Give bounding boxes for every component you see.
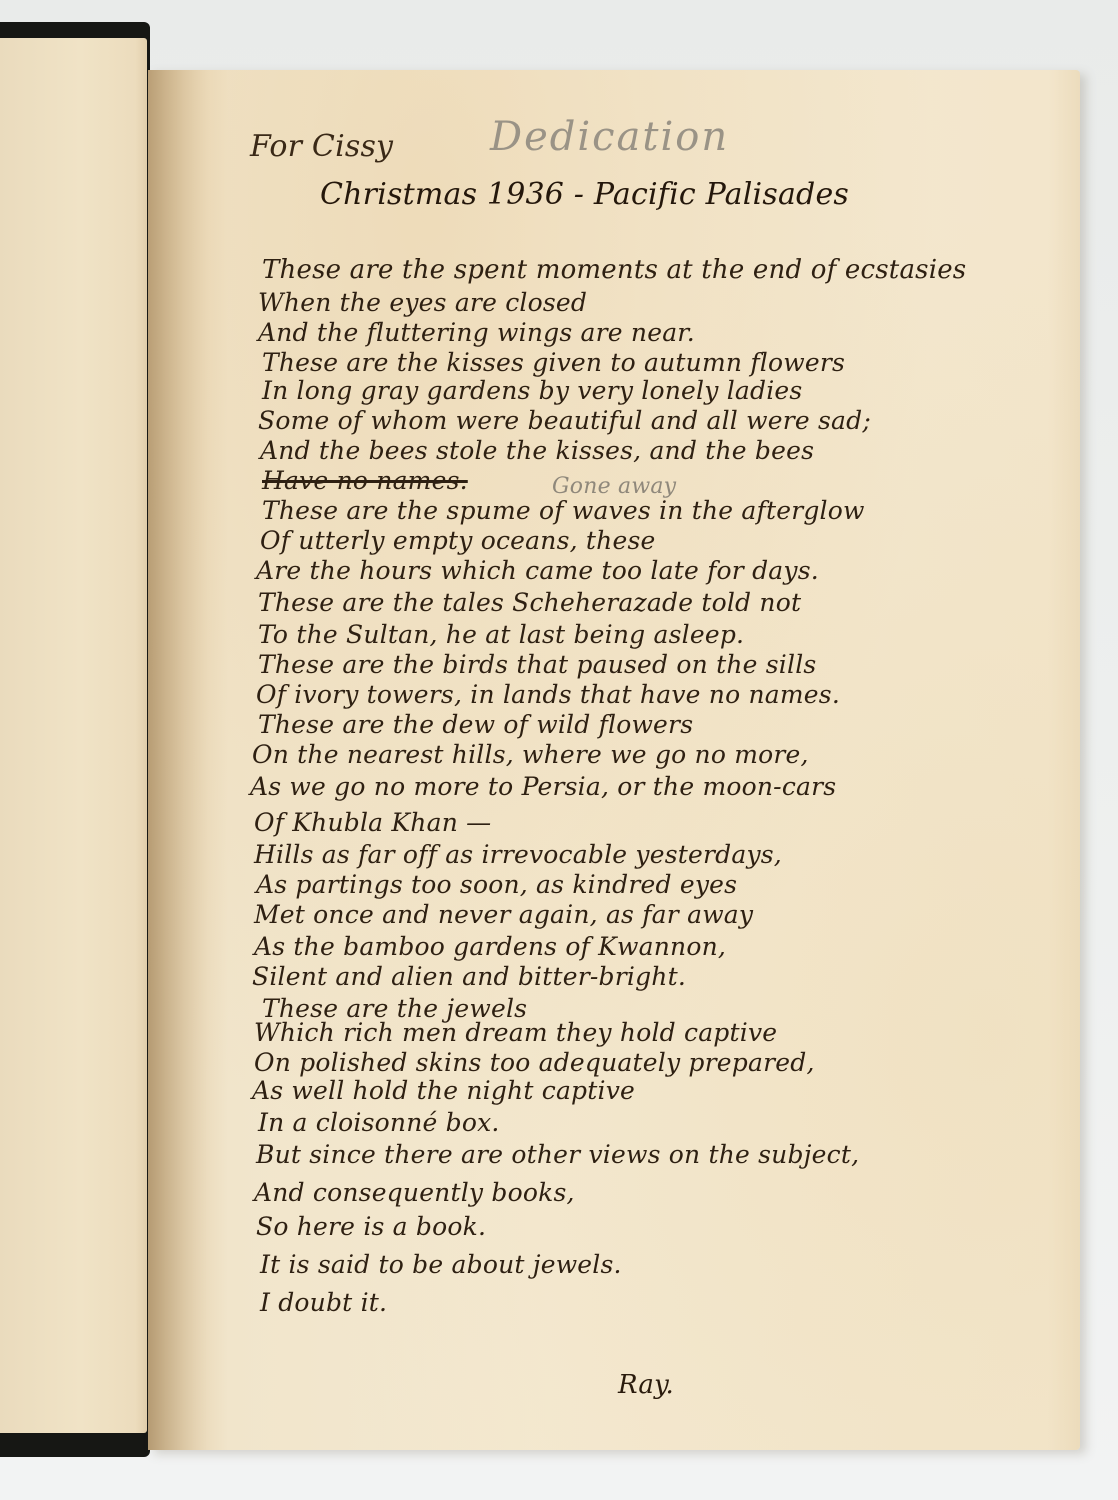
pencil-annotation: Dedication [490, 122, 729, 152]
poem-line: And the fluttering wings are near. [258, 318, 695, 348]
poem-line: But since there are other views on the s… [256, 1140, 859, 1170]
poem-line: On polished skins too adequately prepare… [254, 1048, 815, 1078]
poem-line-struck: Have no names. [262, 466, 468, 496]
poem-line: It is said to be about jewels. [260, 1250, 622, 1280]
poem-line: Of Khubla Khan — [254, 808, 491, 838]
poem-line: And consequently books, [254, 1178, 575, 1208]
poem-line: These are the birds that paused on the s… [258, 650, 816, 680]
poem-line: I doubt it. [260, 1288, 387, 1318]
poem-line: Of utterly empty oceans, these [260, 526, 655, 556]
poem-line: Some of whom were beautiful and all were… [258, 406, 871, 436]
poem-line: These are the dew of wild flowers [258, 710, 693, 740]
poem-line: And the bees stole the kisses, and the b… [260, 436, 814, 466]
poem-line: Silent and alien and bitter-bright. [252, 962, 686, 992]
recipient-line: For Cissy [250, 132, 393, 162]
poem-line: As well hold the night captive [252, 1076, 635, 1106]
poem-line: On the nearest hills, where we go no mor… [252, 740, 809, 770]
poem-line: To the Sultan, he at last being asleep. [258, 620, 744, 650]
photo-scene: For Cissy Dedication Christmas 1936 - Pa… [0, 0, 1118, 1500]
poem-line: Are the hours which came too late for da… [256, 556, 819, 586]
poem-line: These are the spume of waves in the afte… [262, 496, 865, 526]
poem-line: As partings too soon, as kindred eyes [256, 870, 737, 900]
poem-line: Which rich men dream they hold captive [254, 1018, 777, 1048]
handwritten-inscription: For Cissy Dedication Christmas 1936 - Pa… [0, 0, 1118, 1500]
poem-line: As the bamboo gardens of Kwannon, [254, 932, 726, 962]
poem-line: As we go no more to Persia, or the moon-… [250, 772, 836, 802]
date-place-line: Christmas 1936 - Pacific Palisades [320, 180, 849, 210]
poem-line: In a cloisonné box. [258, 1108, 500, 1138]
poem-line: Hills as far off as irrevocable yesterda… [254, 840, 782, 870]
poem-line: When the eyes are closed [258, 288, 587, 318]
poem-line: Met once and never again, as far away [254, 900, 753, 930]
poem-line: In long gray gardens by very lonely ladi… [262, 376, 802, 406]
poem-line: These are the kisses given to autumn flo… [262, 348, 845, 378]
signature: Ray. [618, 1370, 674, 1400]
poem-line: Of ivory towers, in lands that have no n… [256, 680, 840, 710]
poem-line: These are the spent moments at the end o… [262, 255, 966, 285]
poem-line: So here is a book. [256, 1212, 486, 1242]
poem-line: These are the tales Scheherazade told no… [258, 588, 801, 618]
